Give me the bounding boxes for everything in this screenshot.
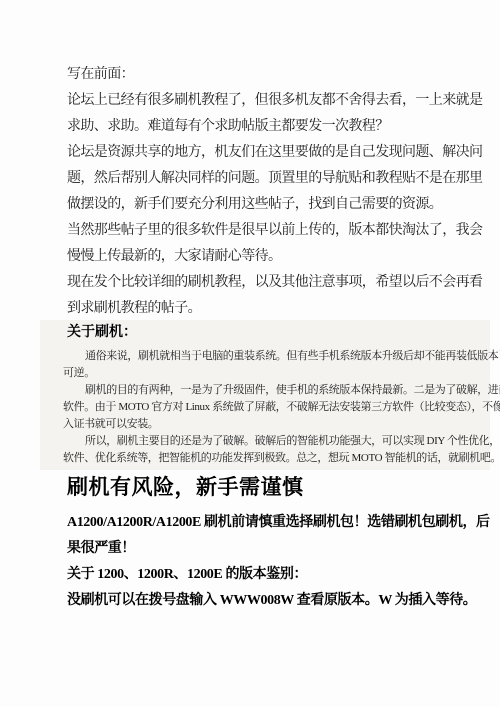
- intro-heading-line: 写在前面：: [67, 62, 457, 88]
- about-text-line: 通俗来说，刷机就相当于电脑的重装系统。但有些手机系统版本升级后却不能再装低版本了…: [63, 348, 490, 365]
- intro-text-line: 论坛上已经有很多刷机教程了，但很多机友都不舍得去看，一上来就是: [67, 88, 457, 114]
- about-text-line: 软件、优化系统等，把智能机的功能发挥到极致。总之，想玩 MOTO 智能机的话，就…: [63, 450, 490, 467]
- about-text-line: 软件。由于 MOTO 官方对 Linux 系统做了屏蔽，不破解无法安装第三方软件…: [63, 399, 490, 416]
- warning-text-line: A1200/A1200R/A1200E 刷机前请慎重选择刷机包！选错刷机包刷机，…: [67, 510, 477, 536]
- intro-text-line: 当然那些帖子里的很多软件是很早以前上传的，版本都快淘汰了，我会: [67, 218, 457, 244]
- about-flashing-quote-block: 关于刷机： 通俗来说，刷机就相当于电脑的重装系统。但有些手机系统版本升级后却不能…: [40, 320, 490, 470]
- about-flashing-body: 通俗来说，刷机就相当于电脑的重装系统。但有些手机系统版本升级后却不能再装低版本了…: [40, 348, 490, 467]
- risk-warning-title: 刷机有风险，新手需谨慎: [67, 474, 477, 501]
- risk-warning-body: A1200/A1200R/A1200E 刷机前请慎重选择刷机包！选错刷机包刷机，…: [67, 510, 477, 614]
- about-flashing-title: 关于刷机：: [67, 322, 490, 344]
- risk-warning-section: 刷机有风险，新手需谨慎 A1200/A1200R/A1200E 刷机前请慎重选择…: [67, 474, 477, 614]
- about-text-line: 刷机的目的有两种，一是为了升级固件，使手机的系统版本保持最新。二是为了破解，进而…: [63, 382, 490, 399]
- intro-section: 写在前面： 论坛上已经有很多刷机教程了，但很多机友都不舍得去看，一上来就是 求助…: [67, 62, 457, 322]
- about-text-line: 所以，刷机主要目的还是为了破解。破解后的智能机功能强大，可以实现 DIY 个性优…: [63, 433, 490, 450]
- intro-text-line: 论坛是资源共享的地方，机友们在这里要做的是自己发现问题、解决问: [67, 140, 457, 166]
- intro-text-line: 求助、求助。难道每有个求助帖版主都要发一次教程？: [67, 114, 457, 140]
- about-text-line: 入证书就可以安装。: [63, 416, 490, 433]
- intro-text-line: 做摆设的，新手们要充分利用这些帖子，找到自己需要的资源。: [67, 192, 457, 218]
- about-text-line: 可逆。: [63, 365, 490, 382]
- warning-text-line: 果很严重！: [67, 536, 477, 562]
- intro-text-line: 慢慢上传最新的，大家请耐心等待。: [67, 244, 457, 270]
- document-page: 写在前面： 论坛上已经有很多刷机教程了，但很多机友都不舍得去看，一上来就是 求助…: [0, 0, 500, 707]
- warning-text-line: 关于 1200、1200R、1200E 的版本鉴别：: [67, 562, 477, 588]
- intro-text-line: 现在发个比较详细的刷机教程，以及其他注意事项，希望以后不会再看: [67, 270, 457, 296]
- intro-text-line: 题，然后帮别人解决同样的问题。顶置里的导航贴和教程贴不是在那里: [67, 166, 457, 192]
- warning-text-line: 没刷机可以在拨号盘输入 WWW008W 查看原版本。W 为插入等待。: [67, 588, 477, 614]
- intro-text-line: 到求刷机教程的帖子。: [67, 296, 457, 322]
